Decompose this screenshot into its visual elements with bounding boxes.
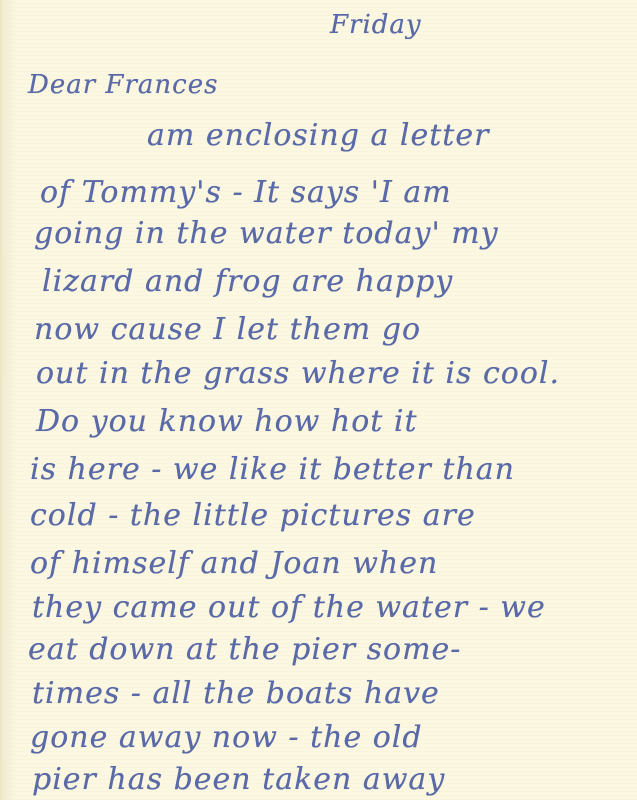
letter-line: going in the water today' my [34,216,499,251]
letter-line: cold - the little pictures are [30,498,476,533]
letter-line: now cause I let them go [34,312,421,347]
letter-line: they came out of the water - we [32,590,546,625]
letter-salutation: Dear Frances [28,70,218,100]
letter-line: Do you know how hot it [36,404,418,439]
letter-line: eat down at the pier some- [28,632,461,667]
letter-line: of himself and Joan when [30,546,438,581]
letter-page: Friday Dear Frances am enclosing a lette… [0,0,637,800]
letter-line: out in the grass where it is cool. [36,356,560,391]
letter-line: of Tommy's - It says 'I am [40,175,452,210]
letter-line: pier has been taken away [32,762,445,797]
letter-line: gone away now - the old [30,720,423,755]
letter-line: lizard and frog are happy [42,264,453,299]
letter-line: times - all the boats have [32,676,440,711]
letter-line: is here - we like it better than [30,452,515,487]
letter-line: am enclosing a letter [147,118,489,153]
letter-date: Friday [330,10,422,40]
